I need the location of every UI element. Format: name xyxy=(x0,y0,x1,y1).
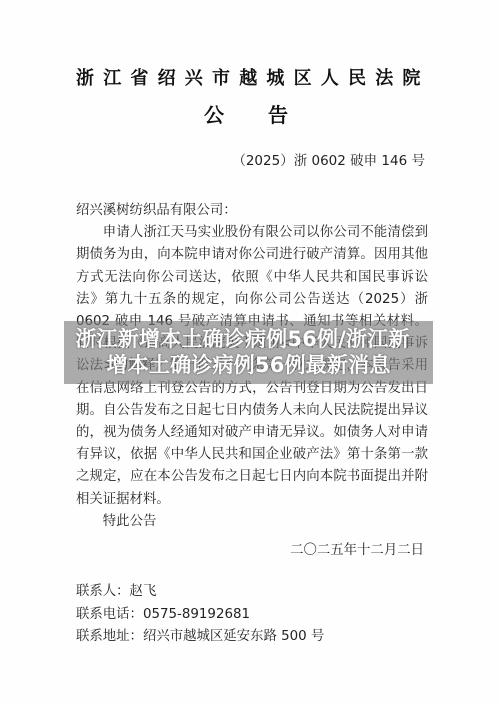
contact-phone: 联系电话：0575-89192681 xyxy=(76,604,324,627)
addressee: 绍兴溪树纺织品有限公司： xyxy=(76,200,428,222)
notice-title: 公告 xyxy=(204,102,288,128)
headline-line-1: 浙江新增本土确诊病例56例/浙江新 xyxy=(64,326,433,352)
headline-line-2: 增本土确诊病例56例最新消息 xyxy=(64,352,433,378)
court-notice-page: 浙江省绍兴市越城区人民法院 公告 （2025）浙 0602 破申 146 号 绍… xyxy=(0,0,500,706)
notice-title-char-2: 告 xyxy=(268,102,288,128)
closing-phrase: 特此公告 xyxy=(76,511,428,533)
notice-title-char-1: 公 xyxy=(204,102,224,128)
headline-overlay-text: 浙江新增本土确诊病例56例/浙江新 增本土确诊病例56例最新消息 xyxy=(64,321,433,378)
contact-info: 联系人：赵飞 联系电话：0575-89192681 联系地址：绍兴市越城区延安东… xyxy=(76,581,324,649)
case-number: （2025）浙 0602 破申 146 号 xyxy=(232,151,425,171)
headline-overlay-banner: 浙江新增本土确诊病例56例/浙江新 增本土确诊病例56例最新消息 xyxy=(64,321,433,384)
court-name-heading: 浙江省绍兴市越城区人民法院 xyxy=(76,67,428,91)
signature-date: 二〇二五年十二月二日 xyxy=(290,540,424,562)
contact-address: 联系地址：绍兴市越城区延安东路 500 号 xyxy=(76,626,324,649)
contact-person: 联系人：赵飞 xyxy=(76,581,324,604)
